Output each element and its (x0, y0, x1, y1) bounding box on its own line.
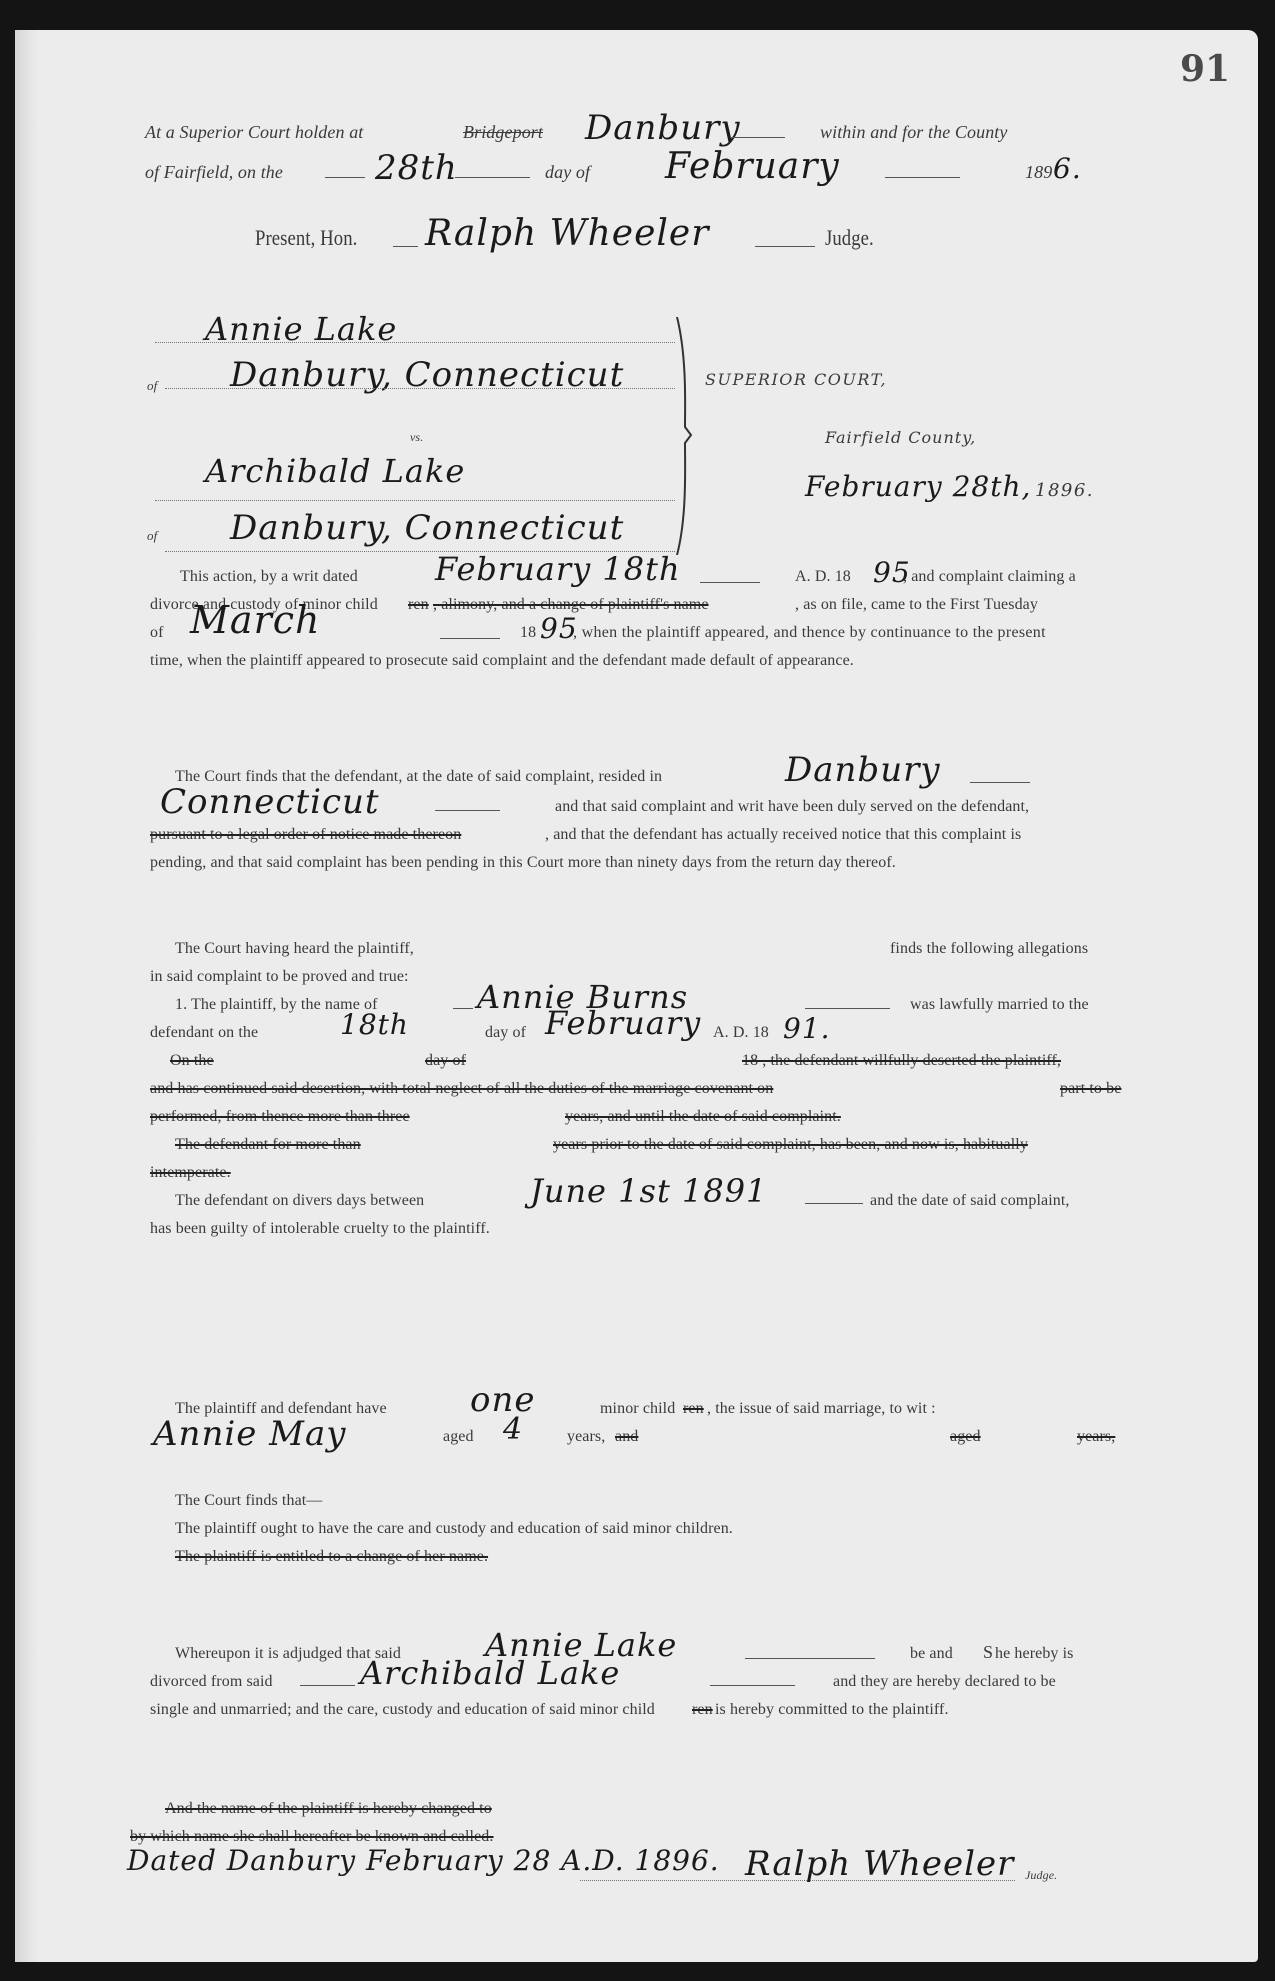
present-judge-hand: Ralph Wheeler (425, 213, 709, 254)
years-label: years, (567, 1428, 605, 1446)
court-finds-l1: The Court finds that— (175, 1492, 322, 1510)
action-l1: This action, by a writ dated (180, 568, 358, 586)
action-l4: time, when the plaintiff appeared to pro… (150, 652, 854, 670)
residence-l2: and that said complaint and writ have be… (555, 798, 1029, 816)
fill-line (805, 1008, 890, 1009)
caption-defendant-residence: Danbury, Connecticut (230, 508, 624, 548)
judgment-l3-b: is hereby committed to the plaintiff. (715, 1701, 949, 1719)
children-l1-mid: minor child (600, 1400, 675, 1418)
judgment-l2-end: and they are hereby declared to be (833, 1673, 1056, 1691)
caption-defendant-name: Archibald Lake (205, 452, 465, 490)
aged2-struck: aged (950, 1428, 981, 1446)
fill-line (730, 137, 785, 138)
residence-state-hand: Connecticut (160, 782, 380, 822)
child-age-hand: 4 (503, 1412, 523, 1447)
fill-line (453, 1008, 473, 1009)
heading-place-hand: Danbury (585, 108, 741, 148)
desertion-l1-c: 18 , the defendant willfully deserted th… (742, 1052, 1061, 1070)
fill-line (710, 1685, 795, 1686)
item1-suffix: was lawfully married to the (910, 996, 1089, 1014)
action-l3-end: , when the plaintiff appeared, and thenc… (573, 624, 1046, 642)
heading-line2-prefix: of Fairfield, on the (145, 162, 283, 183)
writ-date-hand: February 18th (435, 550, 681, 588)
child-name-hand: Annie May (153, 1414, 346, 1454)
caption-brace (675, 317, 695, 555)
dated-hand: Dated Danbury February 28 A.D. 1896. (127, 1844, 720, 1877)
children-l1-end: , the issue of said marriage, to wit : (707, 1400, 936, 1418)
fill-line (325, 177, 365, 178)
cruelty-l1-end: and the date of said complaint, (870, 1192, 1069, 1210)
signature-judge-label: Judge. (1025, 1868, 1057, 1883)
cruelty-l2: has been guilty of intolerable cruelty t… (150, 1220, 490, 1238)
marriage-date-prefix: defendant on the (150, 1024, 258, 1042)
action-l2-end: , as on file, came to the First Tuesday (795, 596, 1038, 614)
court-finds-l2: The plaintiff ought to have the care and… (175, 1520, 733, 1538)
judgment-l3-struck: ren (692, 1701, 713, 1719)
cruelty-l1: The defendant on divers days between (175, 1192, 424, 1210)
intemperance-l2: intemperate. (150, 1164, 231, 1182)
return-year-print: 18 (520, 624, 536, 642)
return-year-hand: 95 (540, 612, 578, 645)
residence-l4: pending, and that said complaint has bee… (150, 854, 896, 872)
caption-plaintiff-residence: Danbury, Connecticut (230, 355, 624, 395)
action-l3-of: of (150, 624, 164, 642)
caption-date-hand: February 28th, (805, 470, 1031, 503)
residence-l3: , and that the defendant has actually re… (545, 826, 1021, 844)
heading-line1-prefix: At a Superior Court holden at (145, 122, 363, 143)
desertion-l2-b: part to be (1060, 1080, 1121, 1098)
heading-month-hand: February (665, 146, 840, 187)
of-label: of (147, 378, 157, 394)
heading-day-hand: 28th (375, 148, 458, 188)
and-struck: and (615, 1428, 638, 1446)
fill-line (885, 177, 960, 178)
document-page: 91 At a Superior Court holden at Bridgep… (15, 30, 1258, 1962)
court-name: SUPERIOR COURT, (705, 370, 887, 389)
fill-line (300, 1685, 355, 1686)
fill-line (440, 638, 500, 639)
action-l1-end: , and complaint claiming a (903, 568, 1076, 586)
findings-l1-right: finds the following allegations (890, 940, 1088, 958)
intemperance-l1-a: The defendant for more than (175, 1136, 361, 1154)
judgment-l1-mid: be and (910, 1645, 953, 1663)
residence-town-hand: Danbury (785, 750, 941, 790)
fill-line (970, 782, 1030, 783)
desertion-l3-b: years, and until the date of said compla… (565, 1108, 841, 1126)
aged-label: aged (443, 1428, 474, 1446)
heading-year-print: 189 (1025, 162, 1052, 183)
judgment-pronoun-hand: S (983, 1642, 993, 1663)
heading-year-hand: 6. (1053, 152, 1082, 185)
present-suffix: Judge. (825, 225, 874, 251)
judgment-defendant-hand: Archibald Lake (360, 1654, 620, 1692)
cruelty-date-hand: June 1st 1891 (530, 1172, 767, 1210)
vs-label: vs. (410, 430, 423, 445)
findings-l1: The Court having heard the plaintiff, (175, 940, 414, 958)
dotted-line (165, 388, 675, 389)
judgment-l1-end: he hereby is (995, 1645, 1074, 1663)
fill-line (745, 1658, 875, 1659)
judgment-l3-a: single and unmarried; and the care, cust… (150, 1701, 655, 1719)
marriage-day-hand: 18th (340, 1008, 409, 1041)
marriage-ad: A. D. 18 (713, 1024, 769, 1042)
fill-line (700, 582, 760, 583)
findings-l2: in said complaint to be proved and true: (150, 968, 409, 986)
return-month-hand: March (190, 598, 321, 642)
dotted-line (155, 500, 675, 501)
page-number: 91 (1180, 48, 1230, 90)
caption-date-year: 1896. (1035, 480, 1094, 501)
fill-line (805, 1203, 863, 1204)
years2-struck: years, (1077, 1428, 1115, 1446)
marriage-month-hand: February (545, 1004, 701, 1042)
fill-line (755, 246, 815, 247)
marriage-date-mid: day of (485, 1024, 526, 1042)
action-l2-struck-ren: ren (408, 596, 429, 614)
name-change-l1-struck: And the name of the plaintiff is hereby … (165, 1800, 492, 1818)
desertion-l2-a: and has continued said desertion, with t… (150, 1080, 773, 1098)
children-l1-struck: ren (683, 1400, 704, 1418)
page-gutter-shadow (15, 30, 37, 1962)
desertion-l3-a: performed, from thence more than three (150, 1108, 410, 1126)
heading-line2-mid: day of (545, 162, 590, 183)
dotted-line (155, 342, 675, 343)
marriage-year-hand: 91. (783, 1012, 831, 1045)
judgment-l2-prefix: divorced from said (150, 1673, 273, 1691)
court-finds-l3-struck: The plaintiff is entitled to a change of… (175, 1548, 488, 1566)
present-prefix: Present, Hon. (255, 225, 357, 251)
county-name: Fairfield County, (825, 428, 976, 447)
of-label-2: of (147, 528, 157, 544)
fill-line (455, 177, 530, 178)
heading-struck-bridgeport: Bridgeport (463, 122, 543, 143)
desertion-l1-b: day of (425, 1052, 466, 1070)
fill-line (435, 810, 500, 811)
intemperance-l1-b: years prior to the date of said complain… (553, 1136, 1028, 1154)
ad-label: A. D. 18 (795, 568, 851, 586)
heading-line1-suffix: within and for the County (820, 122, 1008, 143)
signature-judge-hand: Ralph Wheeler (745, 1844, 1014, 1884)
fill-line (393, 246, 418, 247)
residence-l3-struck: pursuant to a legal order of notice made… (150, 826, 461, 844)
desertion-l1-a: On the (170, 1052, 214, 1070)
